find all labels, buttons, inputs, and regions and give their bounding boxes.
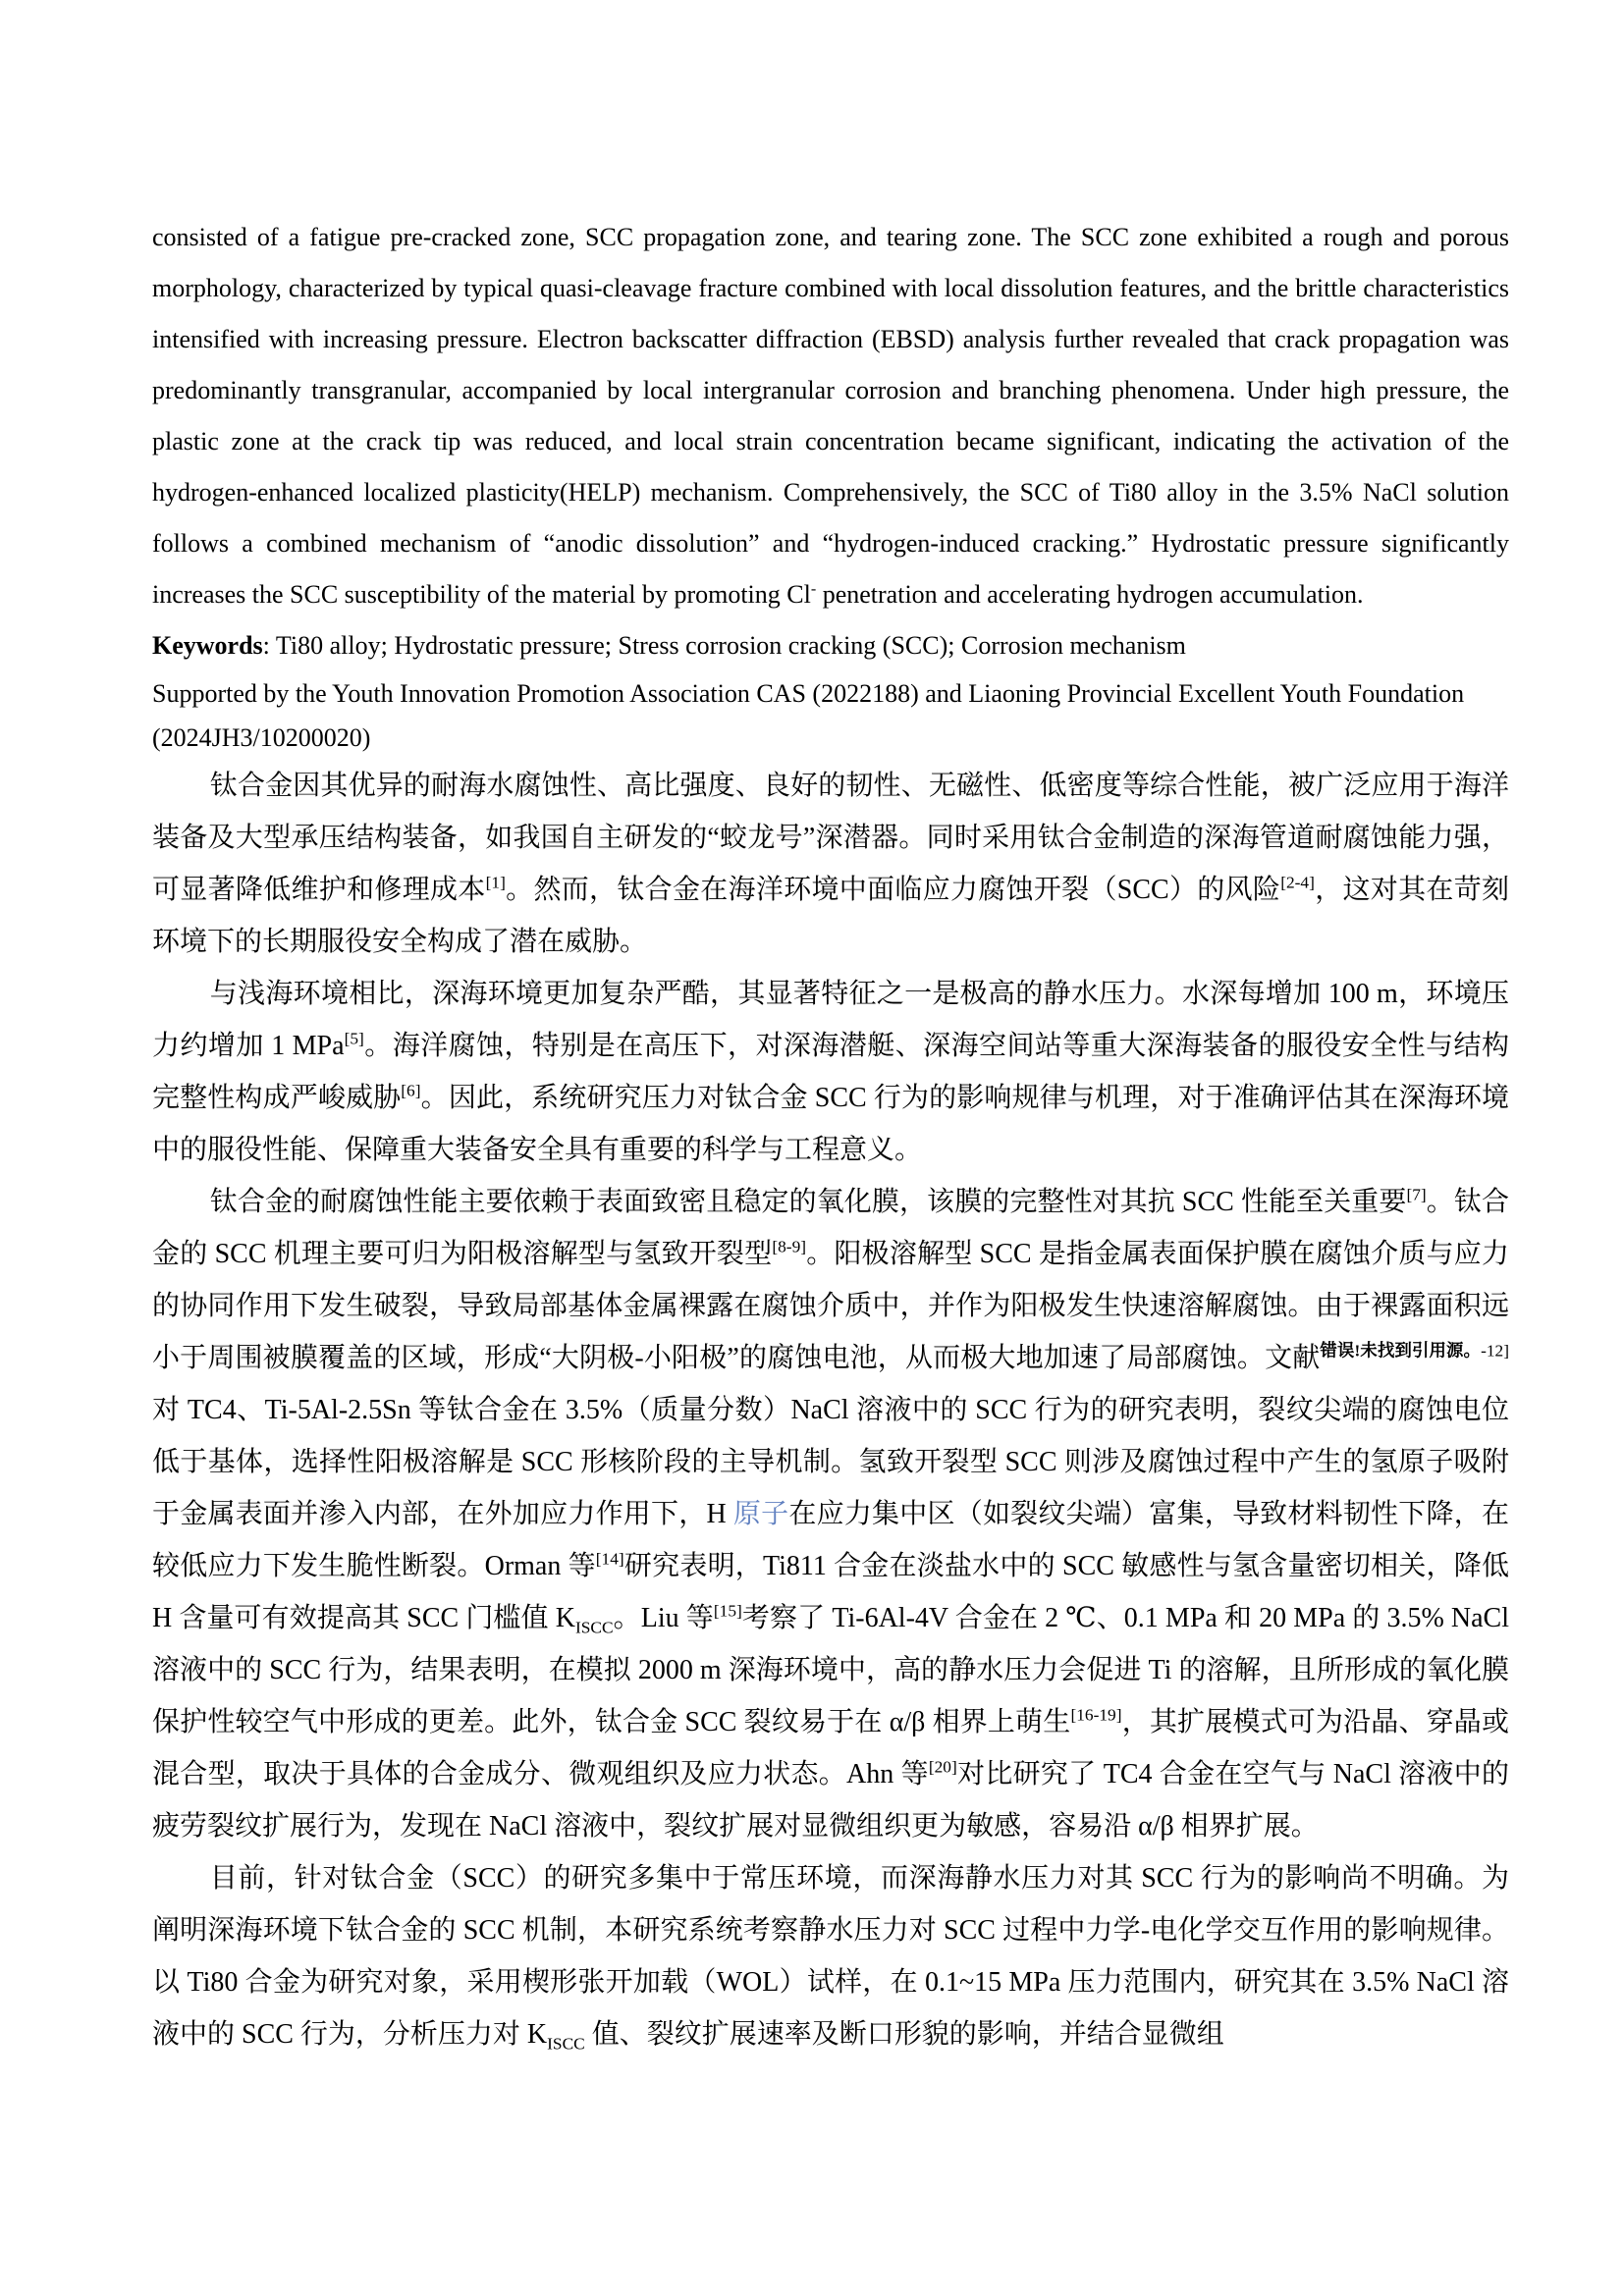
cn-text: 。然而，钛合金在海洋环境中面临应力腐蚀开裂（SCC）的风险 <box>506 875 1280 905</box>
atom-hyperlink[interactable]: 原子 <box>733 1499 788 1529</box>
citation-2-4: [2-4] <box>1280 874 1315 892</box>
abstract-text: consisted of a fatigue pre-cracked zone,… <box>152 223 1509 609</box>
paragraph-scc-mechanisms-review: 钛合金的耐腐蚀性能主要依赖于表面致密且稳定的氧化膜，该膜的完整性对其抗 SCC … <box>152 1176 1509 1852</box>
keywords-text: : Ti80 alloy; Hydrostatic pressure; Stre… <box>263 631 1186 660</box>
cn-text: 钛合金的耐腐蚀性能主要依赖于表面致密且稳定的氧化膜，该膜的完整性对其抗 SCC … <box>210 1187 1407 1217</box>
paper-page: consisted of a fatigue pre-cracked zone,… <box>0 0 1624 2296</box>
keywords-label: Keywords <box>152 631 263 660</box>
abstract-continued-paragraph: consisted of a fatigue pre-cracked zone,… <box>152 212 1509 620</box>
funding-note: Supported by the Youth Innovation Promot… <box>152 671 1509 760</box>
page-content: consisted of a fatigue pre-cracked zone,… <box>152 212 1509 2060</box>
keywords-line: Keywords: Ti80 alloy; Hydrostatic pressu… <box>152 620 1509 671</box>
paragraph-research-objective: 目前，针对钛合金（SCC）的研究多集中于常压环境，而深海静水压力对其 SCC 行… <box>152 1852 1509 2060</box>
paragraph-titanium-applications: 钛合金因其优异的耐海水腐蚀性、高比强度、良好的韧性、无磁性、低密度等综合性能，被… <box>152 760 1509 968</box>
citation-7: [7] <box>1406 1186 1426 1204</box>
citation-12: -12] <box>1481 1342 1509 1361</box>
paragraph-deep-sea-pressure: 与浅海环境相比，深海环境更加复杂严酷，其显著特征之一是极高的静水压力。水深每增加… <box>152 968 1509 1176</box>
citation-1: [1] <box>486 874 506 892</box>
kiscc-subscript: ISCC <box>547 2035 585 2054</box>
kiscc-subscript: ISCC <box>575 1619 614 1637</box>
broken-reference-field: 错误!未找到引用源。 <box>1320 1342 1481 1361</box>
cn-text: 。Liu 等 <box>614 1603 714 1633</box>
citation-5: [5] <box>345 1030 364 1048</box>
abstract-text: penetration and accelerating hydrogen ac… <box>816 580 1363 609</box>
citation-16-19: [16-19] <box>1070 1706 1121 1725</box>
citation-15: [15] <box>714 1602 742 1621</box>
cn-text: 值、裂纹扩展速率及断口形貌的影响，并结合显微组 <box>585 2019 1224 2050</box>
citation-8-9: [8-9] <box>772 1238 806 1256</box>
citation-20: [20] <box>929 1758 957 1777</box>
citation-14: [14] <box>596 1550 624 1569</box>
citation-6: [6] <box>401 1082 420 1100</box>
